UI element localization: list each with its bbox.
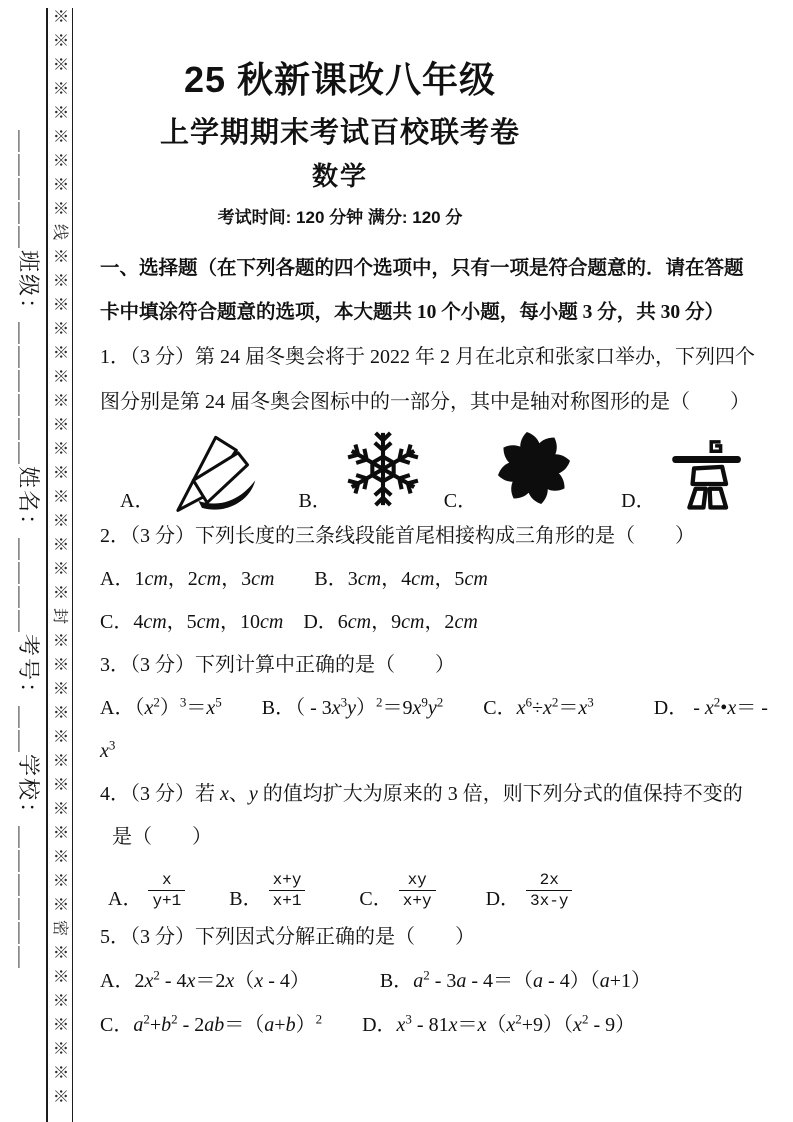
- question-2: 2．（3 分）下列长度的三条线段能首尾相接构成三角形的是（ ） A．1cm，2c…: [100, 515, 772, 644]
- question-4: 4．（3 分）若 x、y 的值均扩大为原来的 3 倍，则下列分式的值保持不变的 …: [100, 773, 772, 859]
- exam-time-score: 考试时间: 120 分钟 满分: 120 分: [100, 207, 580, 229]
- paper-header: 25 秋新课改八年级 上学期期末考试百校联考卷 数学 考试时间: 120 分钟 …: [100, 60, 580, 229]
- fraction-d: 2x 3x-y: [526, 871, 572, 912]
- question-3: 3．（3 分）下列计算中正确的是（ ） A．（x2）3＝x5 B．（ - 3x3…: [100, 644, 772, 773]
- exam-paper-page: ＿＿＿＿＿班级：＿＿＿＿＿＿姓名：＿＿＿＿考号：＿＿学校：＿＿＿＿＿＿ ※※※※…: [0, 0, 793, 1122]
- option-b-label: B．: [229, 887, 262, 911]
- question-4-stem-line2: 是（ ）: [100, 816, 772, 859]
- fraction-c-numerator: xy: [399, 871, 436, 890]
- question-1-stem-line2: 图分别是第 24 届冬奥会图标中的一部分，其中是轴对称图形的是（ ）: [100, 380, 772, 425]
- fraction-c: xy x+y: [399, 871, 436, 912]
- option-c-label: C．: [359, 887, 392, 911]
- seal-line-text: ※※※※※※※※※线※※※※※※※※※※※※※※※封※※※※※※※※※※※※密※…: [46, 8, 72, 1122]
- question-5: 5．（3 分）下列因式分解正确的是（ ） A．2x2 - 4x＝2x（x - 4…: [100, 915, 772, 1047]
- fraction-b-numerator: x+y: [269, 871, 306, 890]
- paper-content: 25 秋新课改八年级 上学期期末考试百校联考卷 数学 考试时间: 120 分钟 …: [100, 0, 772, 1047]
- section-choice-questions: 一、选择题（在下列各题的四个选项中，只有一项是符合题意的．请在答题 卡中填涂符合…: [100, 247, 772, 335]
- fraction-a-denominator: y+1: [148, 890, 185, 912]
- option-a-label: A．: [120, 489, 154, 513]
- question-2-row-ab: A．1cm，2cm，3cm B．3cm，4cm，5cm: [100, 558, 772, 601]
- seal-rule-right: [72, 8, 73, 1122]
- question-4-stem-line1: 4．（3 分）若 x、y 的值均扩大为原来的 3 倍，则下列分式的值保持不变的: [100, 773, 772, 816]
- question-2-row-cd: C．4cm，5cm，10cm D．6cm，9cm，2cm: [100, 601, 772, 644]
- fraction-b-denominator: x+1: [269, 890, 306, 912]
- question-2-stem: 2．（3 分）下列长度的三条线段能首尾相接构成三角形的是（ ）: [100, 515, 772, 558]
- fraction-d-denominator: 3x-y: [526, 890, 572, 912]
- option-d-label: D．: [621, 489, 655, 513]
- exam-title-line1: 25 秋新课改八年级: [100, 60, 580, 100]
- question-1-option-b: B．: [298, 425, 423, 513]
- flower-icon: [487, 423, 581, 513]
- section-line2: 卡中填涂符合题意的选项，本大题共 10 个小题，每小题 3 分，共 30 分）: [100, 291, 772, 335]
- exam-subject: 数学: [100, 162, 580, 190]
- question-1-option-c: C．: [444, 423, 581, 513]
- question-3-options-line2: x3: [100, 730, 772, 773]
- question-1-option-a: A．: [120, 427, 276, 513]
- question-1-options-row: A． B．: [100, 421, 772, 513]
- inukshuk-icon: [666, 427, 744, 513]
- question-5-row-cd: C．a2+b2 - 2ab＝（a+b）2 D．x3 - 81x＝x（x2+9）（…: [100, 1003, 772, 1047]
- question-4-options-row: A． x y+1 B． x+y x+1 C． xy x+y D． 2x 3x-y: [100, 861, 772, 911]
- fraction-b: x+y x+1: [269, 871, 306, 912]
- question-3-stem: 3．（3 分）下列计算中正确的是（ ）: [100, 644, 772, 687]
- question-1: 1．（3 分）第 24 届冬奥会将于 2022 年 2 月在北京和张家口举办，下…: [100, 335, 772, 425]
- fraction-a-numerator: x: [148, 871, 185, 890]
- emblem-swoosh-icon: [164, 427, 276, 513]
- fraction-d-numerator: 2x: [526, 871, 572, 890]
- question-5-row-ab: A．2x2 - 4x＝2x（x - 4） B．a2 - 3a - 4＝（a - …: [100, 959, 772, 1003]
- question-5-stem: 5．（3 分）下列因式分解正确的是（ ）: [100, 915, 772, 959]
- question-3-options-line1: A．（x2）3＝x5 B．（ - 3x3y）2＝9x9y2 C．x6÷x2＝x3…: [100, 687, 772, 730]
- option-a-label: A．: [108, 887, 142, 911]
- section-line1: 一、选择题（在下列各题的四个选项中，只有一项是符合题意的．请在答题: [100, 247, 772, 291]
- snowflake-icon: [342, 425, 424, 513]
- student-info-fields: ＿＿＿＿＿班级：＿＿＿＿＿＿姓名：＿＿＿＿考号：＿＿学校：＿＿＿＿＿＿: [11, 130, 45, 990]
- question-1-stem-line1: 1．（3 分）第 24 届冬奥会将于 2022 年 2 月在北京和张家口举办，下…: [100, 335, 772, 380]
- option-b-label: B．: [298, 489, 331, 513]
- option-c-label: C．: [444, 489, 477, 513]
- exam-title-line2: 上学期期末考试百校联考卷: [100, 117, 580, 149]
- question-1-option-d: D．: [621, 427, 743, 513]
- option-d-label: D．: [486, 887, 520, 911]
- fraction-c-denominator: x+y: [399, 890, 436, 912]
- fraction-a: x y+1: [148, 871, 185, 912]
